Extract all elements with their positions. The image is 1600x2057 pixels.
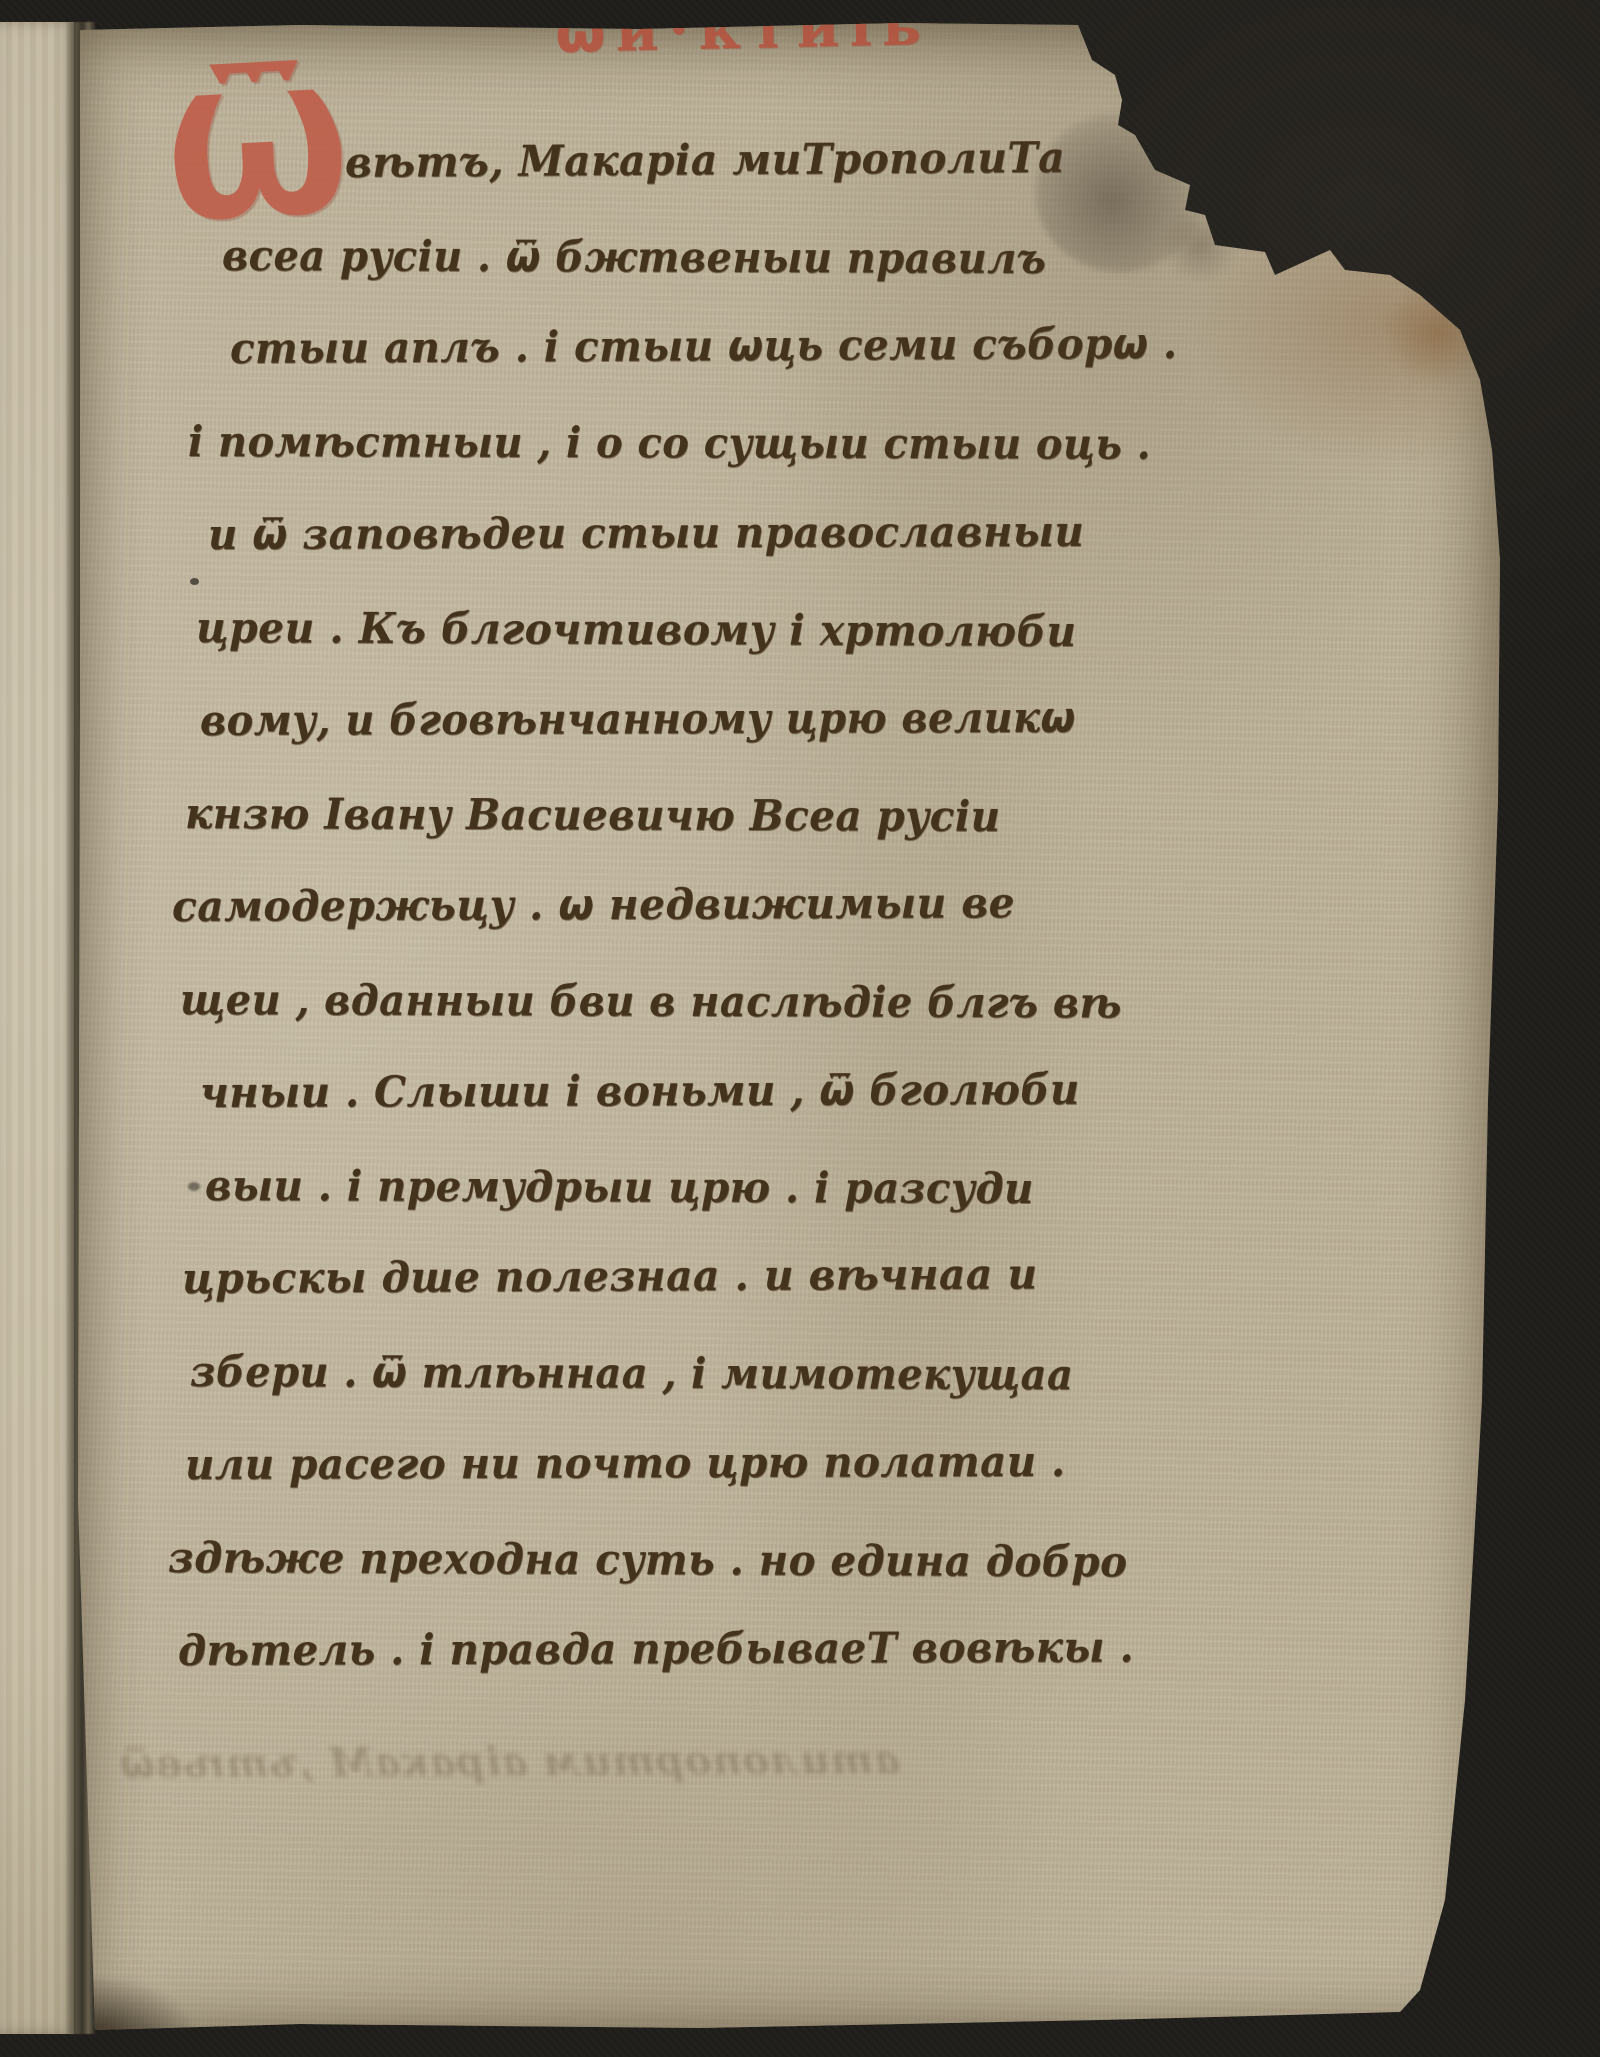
manuscript-line: стыи аплъ . і стыи ѡць семи съборѡ . — [230, 296, 1354, 395]
running-title-fragment: ѡи·ктиіь — [554, 0, 931, 66]
manuscript-line: выи . і премудрыи црю . і разсуди — [205, 1139, 1353, 1236]
edge-brown-stain — [1388, 278, 1488, 388]
manuscript-line: и ѿ заповѣдеи стыи православныи — [208, 484, 1353, 581]
manuscript-line: збери . ѿ тлѣннаа , і мимотекущаа — [190, 1325, 1340, 1422]
manuscript-text-block: вѣтъ, Макаріа миТрополиТавсеа русіи . ѿ … — [160, 116, 1400, 1697]
manuscript-line: вому, и бговѣнчанному црю великѡ — [200, 670, 1340, 767]
manuscript-line: црьскы дше полезнаа . и вѣчнаа и — [182, 1226, 1364, 1325]
manuscript-line: дѣтель . і правда пребываеТ вовѣкы . — [178, 1600, 1351, 1697]
manuscript-line: чныи . Слыши і воньми , ѿ бголюби — [200, 1042, 1352, 1139]
folio-number: 1 — [1192, 47, 1232, 103]
manuscript-line: кнзю Івану Васиевичю Всеа русіи — [185, 767, 1352, 864]
manuscript-line: всеа русіи . ѿ бжтвеныи правилъ — [222, 209, 1341, 306]
manuscript-line: или расего ни почто црю полатаи . — [185, 1414, 1352, 1511]
manuscript-page: ѡи·ктиіь 1 Ѿ вѣтъ, Макаріа миТрополиТавс… — [70, 20, 1510, 2036]
manuscript-line: щеи , вданныи бви в наслѣдіе блгъ вѣ — [180, 953, 1339, 1050]
manuscript-line: здѣже преходна суть . но едина добро — [168, 1511, 1351, 1609]
manuscript-photograph: ѡи·ктиіь 1 Ѿ вѣтъ, Макаріа миТрополиТавс… — [0, 0, 1600, 2057]
manuscript-line: цреи . Къ блгочтивому і хртолюби — [196, 581, 1364, 679]
manuscript-line: і помѣстныи , і о со сущыи стыи оць . — [188, 395, 1340, 491]
manuscript-line: самодержьцу . ѡ недвижимыи ве — [172, 855, 1364, 953]
manuscript-line: вѣтъ, Макаріа миТрополиТа — [345, 109, 1369, 209]
red-pigment-speck — [1336, 244, 1345, 251]
verso-show-through-text: атилопортим аіракаМ ,ътѣвѿ — [220, 1736, 900, 1787]
facing-flyleaf-edge — [0, 22, 74, 2034]
